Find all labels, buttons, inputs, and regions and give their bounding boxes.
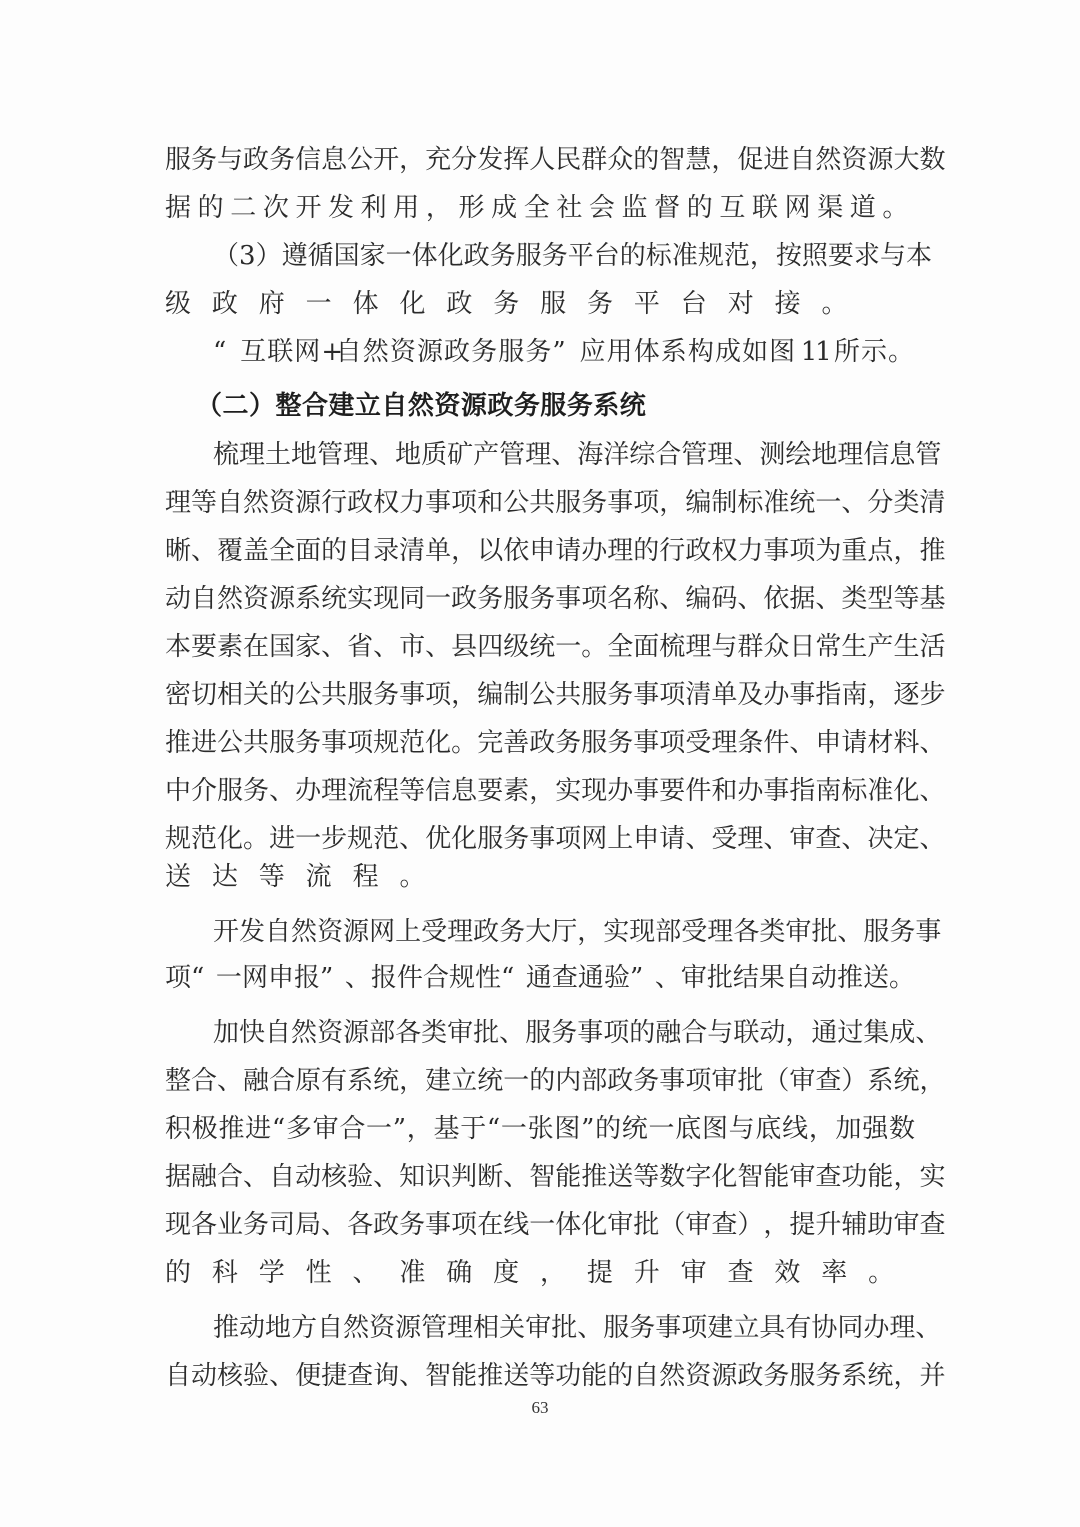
paragraph-first-line: 加快自然资源部各类审批、服务事项的融合与联动，通过集成、 [213, 1016, 915, 1050]
paragraph-single-line: “互联网+自然资源政务服务”应用体系构成如图 11 所示。 [213, 335, 915, 369]
line-text: 的科学性、准确度，提升审查效率。 [165, 1256, 915, 1290]
line-text: 晰、覆盖全面的目录清单，以依申请办理的行政权力事项为重点，推 [165, 534, 915, 568]
line-text: 加快自然资源部各类审批、服务事项的融合与联动，通过集成、 [213, 1016, 915, 1050]
text-line: 积极推进“多审合一”，基于“一张图”的统一底图与底线，加强数 [165, 1112, 915, 1146]
line-text: 密切相关的公共服务事项，编制公共服务事项清单及办事指南，逐步 [165, 678, 915, 712]
line-text: 推进公共服务事项规范化。完善政务服务事项受理条件、申请材料、 [165, 726, 915, 760]
text-line: 现各业务司局、各政务事项在线一体化审批（审查），提升辅助审查 [165, 1208, 915, 1242]
text-line: 整合、融合原有系统，建立统一的内部政务事项审批（审查）系统， [165, 1064, 915, 1098]
line-text: 项“一网申报”、报件合规性“通查通验”、审批结果自动推送。 [165, 961, 915, 995]
paragraph-first-line: （3）遵循国家一体化政务服务平台的标准规范，按照要求与本 [213, 239, 915, 273]
text-line: 中介服务、办理流程等信息要素，实现办事要件和办事指南标准化、 [165, 774, 915, 808]
text-line: 理等自然资源行政权力事项和公共服务事项，编制标准统一、分类清 [165, 486, 915, 520]
section-heading: （二）整合建立自然资源政务服务系统 [196, 389, 646, 423]
paragraph-last-line: 据的二次开发利用，形成全社会监督的互联网渠道。 [165, 191, 915, 225]
paragraph-last-line: 的科学性、准确度，提升审查效率。 [165, 1256, 915, 1290]
line-text: 推动地方自然资源管理相关审批、服务事项建立具有协同办理、 [213, 1311, 915, 1345]
text-line: 本要素在国家、省、市、县四级统一。全面梳理与群众日常生产生活 [165, 630, 915, 664]
line-text: 自动核验、便捷查询、智能推送等功能的自然资源政务服务系统，并 [165, 1359, 915, 1393]
text-line: 动自然资源系统实现同一政务服务事项名称、编码、依据、类型等基 [165, 582, 915, 616]
document-page: 服务与政务信息公开，充分发挥人民群众的智慧，促进自然资源大数据的二次开发利用，形… [0, 0, 1080, 1527]
paragraph-first-line: 推动地方自然资源管理相关审批、服务事项建立具有协同办理、 [213, 1311, 915, 1345]
line-text: 据融合、自动核验、知识判断、智能推送等数字化智能审查功能，实 [165, 1160, 915, 1194]
paragraph-last-line: 级政府一体化政务服务平台对接。 [165, 287, 915, 321]
text-line: 推进公共服务事项规范化。完善政务服务事项受理条件、申请材料、 [165, 726, 915, 760]
text-line: 晰、覆盖全面的目录清单，以依申请办理的行政权力事项为重点，推 [165, 534, 915, 568]
text-line: 据融合、自动核验、知识判断、智能推送等数字化智能审查功能，实 [165, 1160, 915, 1194]
line-text: 开发自然资源网上受理政务大厅，实现部受理各类审批、服务事 [213, 915, 915, 949]
text-line: 服务与政务信息公开，充分发挥人民群众的智慧，促进自然资源大数 [165, 143, 915, 177]
line-text: 据的二次开发利用，形成全社会监督的互联网渠道。 [165, 191, 915, 225]
line-text: 整合、融合原有系统，建立统一的内部政务事项审批（审查）系统， [165, 1064, 915, 1098]
line-text: 级政府一体化政务服务平台对接。 [165, 287, 915, 321]
line-text: 积极推进“多审合一”，基于“一张图”的统一底图与底线，加强数 [165, 1112, 915, 1146]
text-line: 自动核验、便捷查询、智能推送等功能的自然资源政务服务系统，并 [165, 1359, 915, 1393]
paragraph-last-line: 项“一网申报”、报件合规性“通查通验”、审批结果自动推送。 [165, 961, 915, 995]
paragraph-first-line: 梳理土地管理、地质矿产管理、海洋综合管理、测绘地理信息管 [213, 438, 915, 472]
text-line: 规范化。进一步规范、优化服务事项网上申请、受理、审查、决定、 [165, 822, 915, 856]
line-text: （3）遵循国家一体化政务服务平台的标准规范，按照要求与本 [213, 239, 915, 273]
paragraph-first-line: 开发自然资源网上受理政务大厅，实现部受理各类审批、服务事 [213, 915, 915, 949]
line-text: 中介服务、办理流程等信息要素，实现办事要件和办事指南标准化、 [165, 774, 915, 808]
line-text: 送达等流程。 [165, 860, 915, 894]
line-text: （二）整合建立自然资源政务服务系统 [196, 389, 646, 423]
line-text: 梳理土地管理、地质矿产管理、海洋综合管理、测绘地理信息管 [213, 438, 915, 472]
line-text: 服务与政务信息公开，充分发挥人民群众的智慧，促进自然资源大数 [165, 143, 915, 177]
text-line: 密切相关的公共服务事项，编制公共服务事项清单及办事指南，逐步 [165, 678, 915, 712]
line-text: 理等自然资源行政权力事项和公共服务事项，编制标准统一、分类清 [165, 486, 915, 520]
line-text: 动自然资源系统实现同一政务服务事项名称、编码、依据、类型等基 [165, 582, 915, 616]
line-text: 本要素在国家、省、市、县四级统一。全面梳理与群众日常生产生活 [165, 630, 915, 664]
line-text: 规范化。进一步规范、优化服务事项网上申请、受理、审查、决定、 [165, 822, 915, 856]
line-text: 现各业务司局、各政务事项在线一体化审批（审查），提升辅助审查 [165, 1208, 915, 1242]
line-text: “互联网+自然资源政务服务”应用体系构成如图 11 所示。 [213, 335, 915, 369]
page-number: 63 [520, 1398, 560, 1418]
paragraph-last-line: 送达等流程。 [165, 860, 915, 894]
